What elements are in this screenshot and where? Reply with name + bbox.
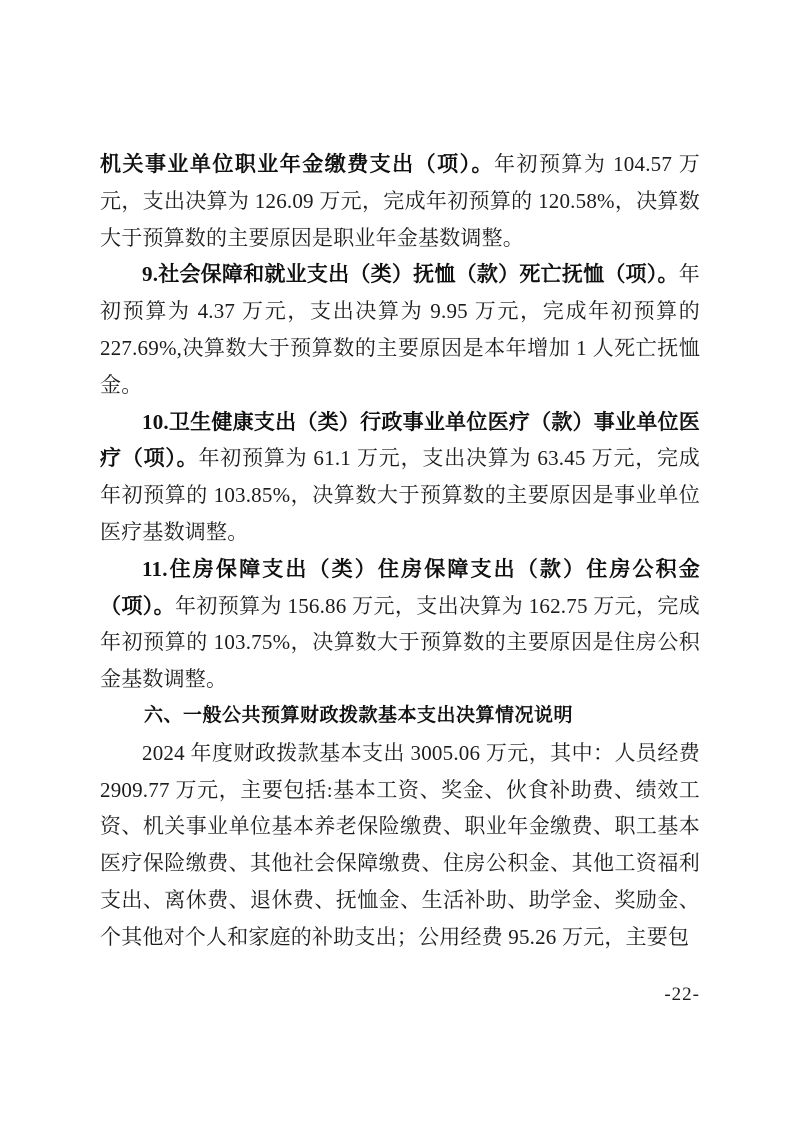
section-six-heading: 六、一般公共预算财政拨款基本支出决算情况说明: [100, 698, 700, 735]
paragraph-item-9-death-benefits: 9.社会保障和就业支出（类）抚恤（款）死亡抚恤（项）。年初预算为 4.37 万元…: [100, 256, 700, 403]
paragraph-section-six-basic-expenditure: 2024 年度财政拨款基本支出 3005.06 万元，其中：人员经费 2909.…: [100, 735, 700, 956]
section-six-body-text: 2024 年度财政拨款基本支出 3005.06 万元，其中：人员经费 2909.…: [100, 741, 700, 949]
page-number: -22-: [664, 984, 700, 1006]
expense-item-text: 年初预算为 156.86 万元，支出决算为 162.75 万元，完成年初预算的 …: [100, 594, 700, 692]
scanned-document-page: { "page": { "number_label": "-22-" }, "c…: [0, 0, 793, 1122]
paragraph-item-11-housing-fund: 11.住房保障支出（类）住房保障支出（款）住房公积金（项）。年初预算为 156.…: [100, 551, 700, 698]
document-page: 机关事业单位职业年金缴费支出（项）。年初预算为 104.57 万元，支出决算为 …: [0, 0, 793, 1122]
paragraph-item-10-health-expenditure: 10.卫生健康支出（类）行政事业单位医疗（款）事业单位医疗（项）。年初预算为 6…: [100, 404, 700, 551]
expense-item-lead: 9.社会保障和就业支出（类）抚恤（款）死亡抚恤（项）。: [142, 262, 679, 286]
expense-item-lead: 机关事业单位职业年金缴费支出（项）。: [100, 152, 494, 176]
text-block: 机关事业单位职业年金缴费支出（项）。年初预算为 104.57 万元，支出决算为 …: [100, 146, 700, 956]
paragraph-pension-contribution-continued: 机关事业单位职业年金缴费支出（项）。年初预算为 104.57 万元，支出决算为 …: [100, 146, 700, 256]
